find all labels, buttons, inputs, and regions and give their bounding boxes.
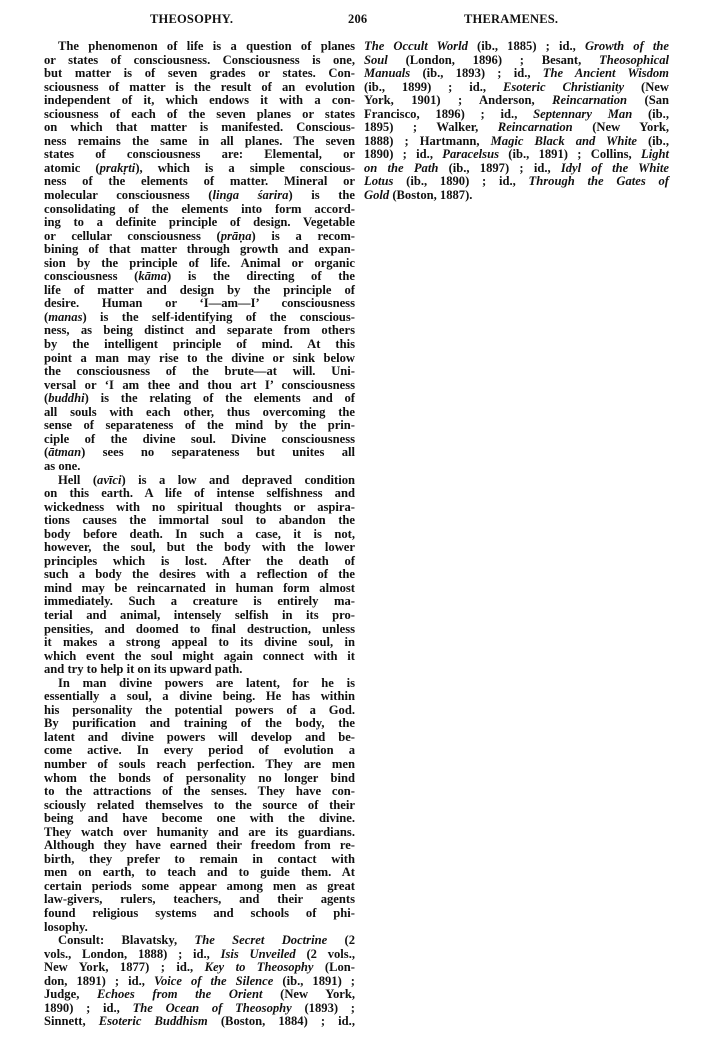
text-segment: on this earth. A life of intense selfish… — [44, 486, 355, 500]
text-line: latent and divine powers will develop an… — [44, 731, 355, 745]
text-segment: (ib., 1899) ; id., — [364, 80, 503, 94]
text-segment: birth, they prefer to remain in contact … — [44, 852, 355, 866]
text-segment: all souls with each other, thus overcomi… — [44, 405, 355, 419]
italic-text: Esoteric Christianity — [503, 80, 624, 94]
text-segment: found religious systems and schools of p… — [44, 906, 355, 920]
text-line: life of matter and design by the princip… — [44, 284, 355, 298]
text-line: whom the bonds of personality no longer … — [44, 772, 355, 786]
italic-text: ātman — [48, 445, 81, 459]
text-line: consciousness (kāma) is the directing of… — [44, 270, 355, 284]
text-line: or cellular consciousness (prāṇa) is a r… — [44, 230, 355, 244]
text-segment: latent and divine powers will develop an… — [44, 730, 355, 744]
text-line: atomic (prakṛti), which is a simple cons… — [44, 162, 355, 176]
italic-text: avīci — [97, 473, 121, 487]
text-line: mind may be reincarnated in human form a… — [44, 582, 355, 596]
text-line: such a body the desires with a reflectio… — [44, 568, 355, 582]
text-line: Lotus (ib., 1890) ; id., Through the Gat… — [364, 175, 669, 189]
text-line: The phenomenon of life is a question of … — [44, 40, 355, 54]
text-line: essentially a soul, a divine being. He h… — [44, 690, 355, 704]
italic-text: The Secret Doctrine — [195, 933, 328, 947]
text-segment: being and have become one with the divin… — [44, 811, 355, 825]
text-segment: (ib., 1893) ; id., — [410, 66, 543, 80]
text-line: law-givers, rulers, teachers, and their … — [44, 893, 355, 907]
text-line: Judge, Echoes from the Orient (New York, — [44, 988, 355, 1002]
text-segment: certain periods some appear among men as… — [44, 879, 355, 893]
text-line: 1890) ; id., The Ocean of Theosophy (189… — [44, 1002, 355, 1016]
text-line: By purification and training of the body… — [44, 717, 355, 731]
text-segment: losophy. — [44, 920, 88, 934]
text-segment: consciousness ( — [44, 269, 138, 283]
italic-text: The Occult World — [364, 39, 468, 53]
text-segment: by the intelligent principle of mind. At… — [44, 337, 355, 351]
text-line: In man divine powers are latent, for he … — [44, 677, 355, 691]
italic-text: Echoes from the Orient — [97, 987, 263, 1001]
text-line: sense of separateness of the mind by the… — [44, 419, 355, 433]
text-segment: ) is the — [288, 188, 355, 202]
text-segment: ciple of the divine soul. Divine conscio… — [44, 432, 355, 446]
text-segment: pensities, and doomed to final destructi… — [44, 622, 355, 636]
text-line: tions causes the immortal soul to abando… — [44, 514, 355, 528]
italic-text: Light — [641, 147, 669, 161]
text-line: versal or ‘I am thee and thou art I’ con… — [44, 379, 355, 393]
header-left-keyword: THEOSOPHY. — [150, 12, 233, 27]
text-segment: sciousness of each of the seven planes o… — [44, 107, 355, 121]
text-segment: tions causes the immortal soul to abando… — [44, 513, 355, 527]
text-line: ness of the elements of matter. Mineral … — [44, 175, 355, 189]
text-segment: (New — [624, 80, 669, 94]
paragraph-divine-powers: In man divine powers are latent, for he … — [44, 677, 355, 934]
text-line: men on earth, to teach and to guide them… — [44, 866, 355, 880]
italic-text: Reincarnation — [552, 93, 627, 107]
text-segment: sciousness of matter is the result of an… — [44, 80, 355, 94]
text-segment: molecular consciousness ( — [44, 188, 212, 202]
text-line: consolidating of the elements into form … — [44, 203, 355, 217]
text-segment: atomic ( — [44, 161, 100, 175]
text-line: birth, they prefer to remain in contact … — [44, 853, 355, 867]
text-line: pensities, and doomed to final destructi… — [44, 623, 355, 637]
text-line: point a man may rise to the divine or si… — [44, 352, 355, 366]
text-line: independent of it, which endows it with … — [44, 94, 355, 108]
running-header: THEOSOPHY. 206 THERAMENES. — [0, 12, 720, 30]
paragraph-planes: The phenomenon of life is a question of … — [44, 40, 355, 474]
text-line: but matter is of seven grades or states.… — [44, 67, 355, 81]
text-line: Sinnett, Esoteric Buddhism (Boston, 1884… — [44, 1015, 355, 1029]
text-segment: which event the soul might again connect… — [44, 649, 355, 663]
text-segment: life of matter and design by the princip… — [44, 283, 355, 297]
text-line: Soul (London, 1896) ; Besant, Theosophic… — [364, 54, 669, 68]
text-line: which event the soul might again connect… — [44, 650, 355, 664]
text-segment: to the attractions of the senses. They h… — [44, 784, 355, 798]
italic-text: Through the Gates of — [529, 174, 669, 188]
text-line: his personality the potential powers of … — [44, 704, 355, 718]
text-segment: ) sees no separateness but unites all — [81, 445, 355, 459]
text-line: sciousness of matter is the result of an… — [44, 81, 355, 95]
text-segment: (ib., — [637, 134, 669, 148]
left-column: The phenomenon of life is a question of … — [44, 40, 355, 1029]
text-segment: bining of that matter through growth and… — [44, 242, 355, 256]
text-segment: the consciousness of the brute—at will. … — [44, 364, 355, 378]
text-line: ciple of the divine soul. Divine conscio… — [44, 433, 355, 447]
paragraph-consult-continued: The Occult World (ib., 1885) ; id., Grow… — [364, 40, 669, 203]
text-line: Although they have earned their freedom … — [44, 839, 355, 853]
text-segment: (ib., 1891) ; — [273, 974, 355, 988]
text-segment: independent of it, which endows it with … — [44, 93, 355, 107]
text-line: wickedness with no spiritual thoughts or… — [44, 501, 355, 515]
italic-text: linga śarira — [212, 188, 288, 202]
text-line: ness, as being distinct and separate fro… — [44, 324, 355, 338]
italic-text: The Ocean of Theosophy — [133, 1001, 292, 1015]
text-line: sciously related themselves to the sourc… — [44, 799, 355, 813]
text-line: found religious systems and schools of p… — [44, 907, 355, 921]
text-line: number of souls reach perfection. They a… — [44, 758, 355, 772]
italic-text: Magic Black and White — [491, 134, 637, 148]
text-segment: ) is the self-identifying of the conscio… — [83, 310, 356, 324]
text-segment: (ib., — [632, 107, 669, 121]
text-segment: desire. Human or ‘I—am—I’ consciousness — [44, 296, 355, 310]
text-segment: (New York, — [263, 987, 356, 1001]
text-line: 1888) ; Hartmann, Magic Black and White … — [364, 135, 669, 149]
italic-text: Isis Unveiled — [221, 947, 296, 961]
italic-text: Key to Theosophy — [205, 960, 314, 974]
text-segment: ness of the elements of matter. Mineral … — [44, 174, 355, 188]
text-segment: They watch over humanity and are its gua… — [44, 825, 355, 839]
italic-text: Lotus — [364, 174, 393, 188]
text-line: by the intelligent principle of mind. At… — [44, 338, 355, 352]
text-line: the consciousness of the brute—at will. … — [44, 365, 355, 379]
text-segment: or cellular consciousness ( — [44, 229, 221, 243]
text-segment: versal or ‘I am thee and thou art I’ con… — [44, 378, 355, 392]
text-segment: (New York, — [573, 120, 669, 134]
italic-text: Idyl of the White — [561, 161, 669, 175]
text-segment: (2 — [327, 933, 355, 947]
text-line: 1895) ; Walker, Reincarnation (New York, — [364, 121, 669, 135]
text-line: all souls with each other, thus overcomi… — [44, 406, 355, 420]
text-line: come active. In every period of evolutio… — [44, 744, 355, 758]
text-line: body before death. In such a case, it is… — [44, 528, 355, 542]
text-segment: ing to a definite principle of design. V… — [44, 215, 355, 229]
text-line: 1890) ; id., Paracelsus (ib., 1891) ; Co… — [364, 148, 669, 162]
text-line: Francisco, 1896) ; id., Septennary Man (… — [364, 108, 669, 122]
header-right-keyword: THERAMENES. — [464, 12, 558, 27]
text-segment: (ib., 1897) ; id., — [438, 161, 561, 175]
italic-text: kāma — [138, 269, 167, 283]
text-segment: sion by the principle of life. Animal or… — [44, 256, 355, 270]
text-segment: come active. In every period of evolutio… — [44, 743, 355, 757]
text-line: and try to help it on its upward path. — [44, 663, 355, 677]
text-segment: 1888) ; Hartmann, — [364, 134, 491, 148]
text-segment: or states of consciousness. Consciousnes… — [44, 53, 355, 67]
text-segment: his personality the potential powers of … — [44, 703, 355, 717]
text-line: terial and animal, intensely selfish in … — [44, 609, 355, 623]
text-segment: law-givers, rulers, teachers, and their … — [44, 892, 355, 906]
text-segment: as one. — [44, 459, 80, 473]
text-segment: (2 vols., — [296, 947, 355, 961]
text-line: vols., London, 1888) ; id., Isis Unveile… — [44, 948, 355, 962]
italic-text: Voice of the Silence — [154, 974, 273, 988]
text-line: sciousness of each of the seven planes o… — [44, 108, 355, 122]
text-segment: Consult: Blavatsky, — [58, 933, 195, 947]
text-segment: immediately. Such a creature is entirely… — [44, 594, 355, 608]
text-line: (ātman) sees no separateness but unites … — [44, 446, 355, 460]
text-line: ness remains the same in all planes. The… — [44, 135, 355, 149]
text-segment: and try to help it on its upward path. — [44, 662, 242, 676]
text-segment: ) is a low and depraved condition — [122, 473, 355, 487]
text-line: states of consciousness are: Elemental, … — [44, 148, 355, 162]
text-line: bining of that matter through growth and… — [44, 243, 355, 257]
text-segment: 1890) ; id., — [364, 147, 442, 161]
text-line: Gold (Boston, 1887). — [364, 189, 669, 203]
text-segment: By purification and training of the body… — [44, 716, 355, 730]
text-segment: whom the bonds of personality no longer … — [44, 771, 355, 785]
text-segment: principles which is lost. After the deat… — [44, 554, 355, 568]
text-segment: The phenomenon of life is a question of … — [58, 39, 355, 53]
text-segment: Sinnett, — [44, 1014, 99, 1028]
text-segment: ) is a recom- — [252, 229, 355, 243]
text-line: on which that matter is manifested. Cons… — [44, 121, 355, 135]
text-segment: ness remains the same in all planes. The… — [44, 134, 355, 148]
text-line: The Occult World (ib., 1885) ; id., Grow… — [364, 40, 669, 54]
italic-text: buddhi — [48, 391, 84, 405]
text-line: or states of consciousness. Consciousnes… — [44, 54, 355, 68]
text-line: York, 1901) ; Anderson, Reincarnation (S… — [364, 94, 669, 108]
text-segment: sense of separateness of the mind by the… — [44, 418, 355, 432]
text-segment: 1890) ; id., — [44, 1001, 133, 1015]
text-line: molecular consciousness (linga śarira) i… — [44, 189, 355, 203]
text-line: Consult: Blavatsky, The Secret Doctrine … — [44, 934, 355, 948]
text-line: being and have become one with the divin… — [44, 812, 355, 826]
text-segment: Hell ( — [58, 473, 97, 487]
text-segment: number of souls reach perfection. They a… — [44, 757, 355, 771]
text-segment: Although they have earned their freedom … — [44, 838, 355, 852]
text-line: desire. Human or ‘I—am—I’ consciousness — [44, 297, 355, 311]
page-number: 206 — [348, 12, 367, 27]
text-line: as one. — [44, 460, 355, 474]
text-line: don, 1891) ; id., Voice of the Silence (… — [44, 975, 355, 989]
italic-text: Reincarnation — [498, 120, 573, 134]
italic-text: manas — [48, 310, 82, 324]
text-segment: Judge, — [44, 987, 97, 1001]
text-line: immediately. Such a creature is entirely… — [44, 595, 355, 609]
text-segment: don, 1891) ; id., — [44, 974, 154, 988]
text-line: sion by the principle of life. Animal or… — [44, 257, 355, 271]
text-line: (ib., 1899) ; id., Esoteric Christianity… — [364, 81, 669, 95]
text-line: Manuals (ib., 1893) ; id., The Ancient W… — [364, 67, 669, 81]
text-segment: ness, as being distinct and separate fro… — [44, 323, 355, 337]
text-segment: consolidating of the elements into form … — [44, 202, 355, 216]
text-segment: 1895) ; Walker, — [364, 120, 498, 134]
italic-text: Growth of the — [585, 39, 669, 53]
italic-text: Manuals — [364, 66, 410, 80]
text-segment: wickedness with no spiritual thoughts or… — [44, 500, 355, 514]
text-segment: (1893) ; — [292, 1001, 355, 1015]
text-line: They watch over humanity and are its gua… — [44, 826, 355, 840]
text-segment: point a man may rise to the divine or si… — [44, 351, 355, 365]
text-segment: essentially a soul, a divine being. He h… — [44, 689, 355, 703]
text-segment: (ib., 1885) ; id., — [468, 39, 585, 53]
text-segment: In man divine powers are latent, for he … — [58, 676, 355, 690]
italic-text: Theosophical — [599, 53, 669, 67]
text-line: it makes a strong appeal to its divine s… — [44, 636, 355, 650]
italic-text: Esoteric Buddhism — [99, 1014, 208, 1028]
text-segment: (ib., 1891) ; Collins, — [499, 147, 641, 161]
text-segment: terial and animal, intensely selfish in … — [44, 608, 355, 622]
text-segment: it makes a strong appeal to its divine s… — [44, 635, 355, 649]
text-segment: York, 1901) ; Anderson, — [364, 93, 552, 107]
italic-text: Soul — [364, 53, 388, 67]
text-segment: sciously related themselves to the sourc… — [44, 798, 355, 812]
text-line: ing to a definite principle of design. V… — [44, 216, 355, 230]
italic-text: The Ancient Wisdom — [543, 66, 669, 80]
text-line: on the Path (ib., 1897) ; id., Idyl of t… — [364, 162, 669, 176]
text-segment: Francisco, 1896) ; id., — [364, 107, 533, 121]
text-line: to the attractions of the senses. They h… — [44, 785, 355, 799]
text-line: on this earth. A life of intense selfish… — [44, 487, 355, 501]
italic-text: Gold — [364, 188, 389, 202]
italic-text: Paracelsus — [442, 147, 499, 161]
text-segment: mind may be reincarnated in human form a… — [44, 581, 355, 595]
right-column: The Occult World (ib., 1885) ; id., Grow… — [364, 40, 669, 203]
text-segment: ), which is a simple conscious- — [135, 161, 355, 175]
text-line: certain periods some appear among men as… — [44, 880, 355, 894]
text-segment: but matter is of seven grades or states.… — [44, 66, 355, 80]
text-segment: (ib., 1890) ; id., — [393, 174, 528, 188]
text-segment: however, the soul, but the body with the… — [44, 540, 355, 554]
text-line: Hell (avīci) is a low and depraved condi… — [44, 474, 355, 488]
text-segment: such a body the desires with a reflectio… — [44, 567, 355, 581]
text-segment: (Boston, 1884) ; id., — [208, 1014, 355, 1028]
text-segment: (London, 1896) ; Besant, — [388, 53, 599, 67]
text-segment: states of consciousness are: Elemental, … — [44, 147, 355, 161]
italic-text: on the Path — [364, 161, 438, 175]
italic-text: prāṇa — [221, 229, 252, 243]
text-segment: (Lon- — [313, 960, 355, 974]
text-segment: New York, 1877) ; id., — [44, 960, 205, 974]
paragraph-consult: Consult: Blavatsky, The Secret Doctrine … — [44, 934, 355, 1029]
text-line: New York, 1877) ; id., Key to Theosophy … — [44, 961, 355, 975]
text-segment: vols., London, 1888) ; id., — [44, 947, 221, 961]
text-line: (manas) is the self-identifying of the c… — [44, 311, 355, 325]
text-segment: (Boston, 1887). — [389, 188, 472, 202]
text-line: losophy. — [44, 921, 355, 935]
text-line: (buddhi) is the relating of the elements… — [44, 392, 355, 406]
text-segment: on which that matter is manifested. Cons… — [44, 120, 355, 134]
italic-text: Septennary Man — [533, 107, 632, 121]
text-segment: (San — [627, 93, 669, 107]
text-line: principles which is lost. After the deat… — [44, 555, 355, 569]
text-segment: ) is the relating of the elements and of — [85, 391, 355, 405]
text-segment: body before death. In such a case, it is… — [44, 527, 355, 541]
text-line: however, the soul, but the body with the… — [44, 541, 355, 555]
text-segment: men on earth, to teach and to guide them… — [44, 865, 355, 879]
paragraph-hell: Hell (avīci) is a low and depraved condi… — [44, 474, 355, 677]
text-segment: ) is the directing of the — [167, 269, 355, 283]
italic-text: prakṛti — [100, 161, 136, 175]
